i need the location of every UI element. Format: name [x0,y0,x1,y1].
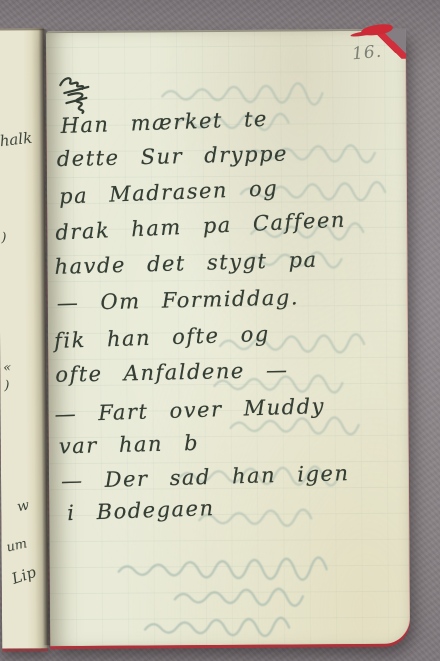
page-number: 16. [351,42,383,65]
handwriting-line: havde det stygt pa [54,248,318,279]
main-page: 16. Han mærket te dette Sur dryppe pa Ma… [46,29,410,646]
handwriting-line: i Bodegaen [67,496,215,525]
left-page-fragment: Lip [9,563,38,588]
left-page-fragment: w [16,497,31,515]
left-page-fragment: ) [1,230,6,245]
left-page-fragment: « [3,360,11,375]
left-page-fragment: ) [4,378,9,393]
handwriting-line: — Om Formiddag. [57,285,300,315]
bleedthrough-ghost-writing [208,331,399,452]
handwriting-line: var han b [59,431,200,458]
handwriting-line: ofte Anfaldene — [55,358,289,387]
left-page-fragment: um [5,536,28,555]
photo-background: { "photo": { "subject": "Open pocket not… [0,0,440,661]
bleedthrough-ghost-writing [105,556,406,648]
left-page-fragment: halk [0,129,33,151]
notebook: halk ) « ) w um Lip [0,0,440,661]
